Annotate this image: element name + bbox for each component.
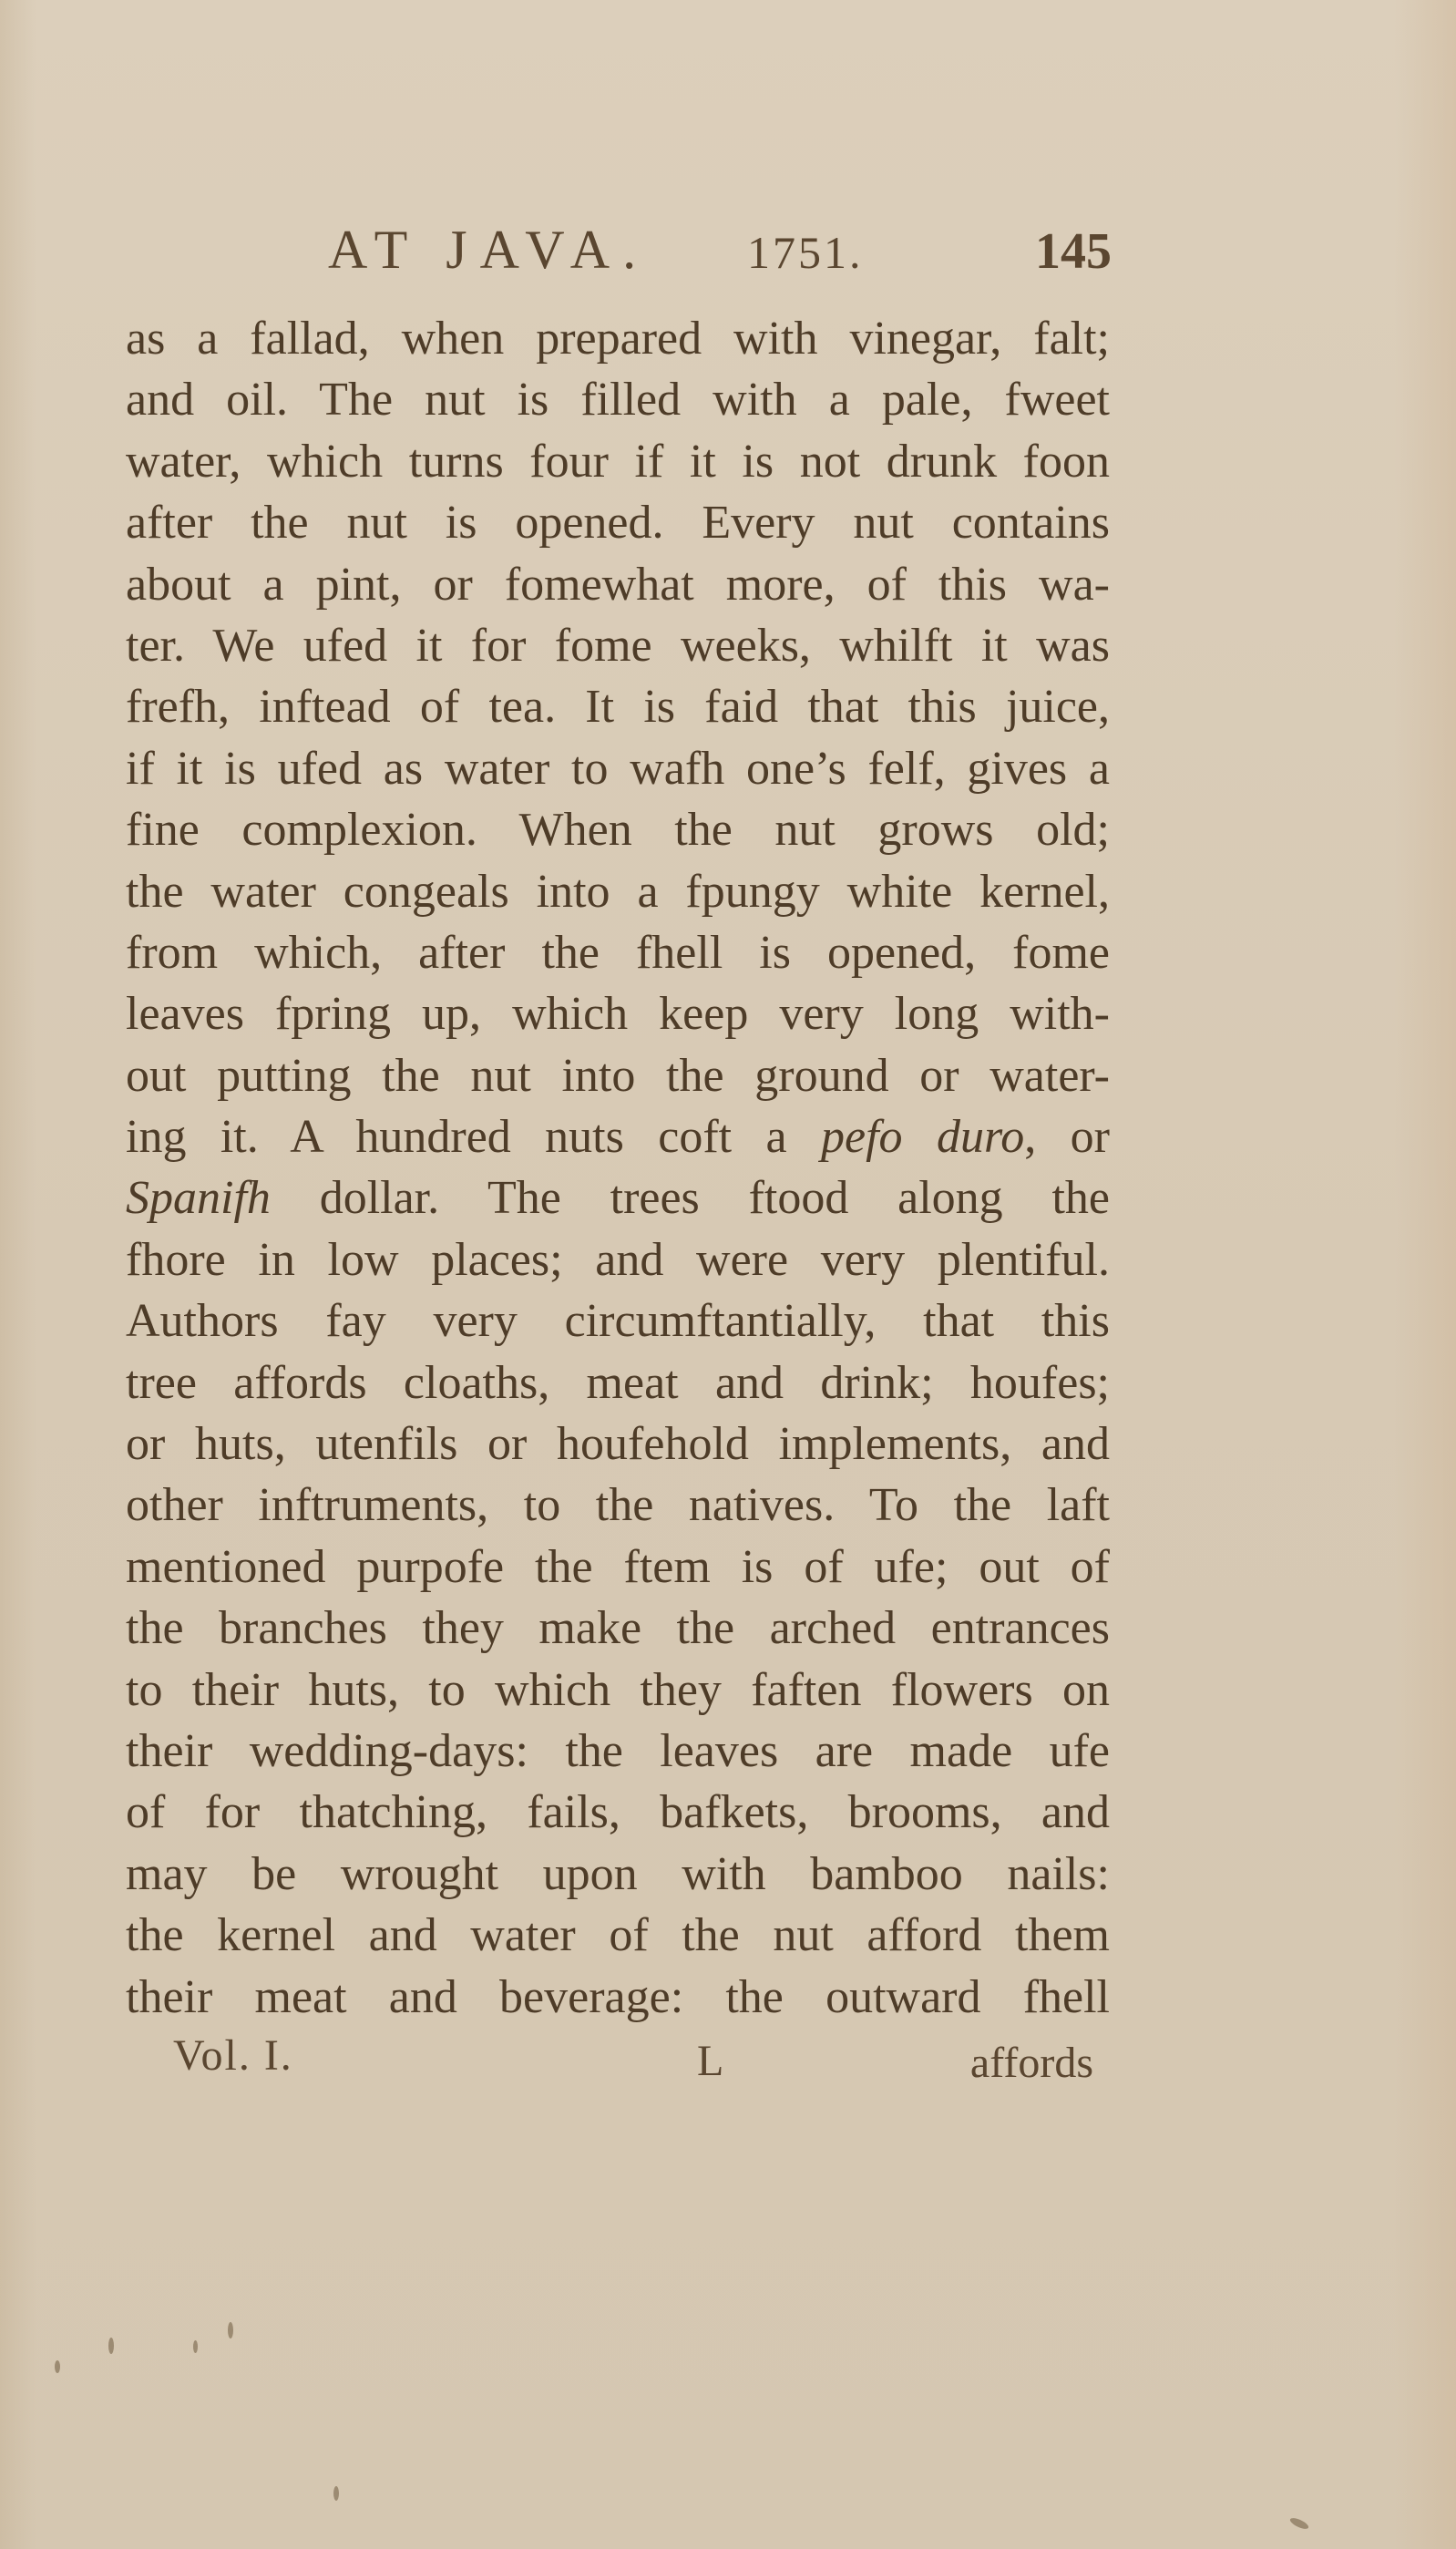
text-line: to their huts, to which they faften flow… [126,1660,1110,1721]
text-segment: Authors fay very circumftantially, that … [126,1295,1110,1347]
page-number: 145 [1035,222,1112,281]
body-text: as a fallad, when prepared with vinegar,… [126,308,1110,2028]
text-line: or huts, utenfils or houfehold implement… [126,1413,1110,1475]
text-segment: dollar. The trees ftood along the [271,1172,1110,1224]
text-line: after the nut is opened. Every nut conta… [126,492,1110,553]
text-segment: ing it. A hundred nuts coft a [126,1111,821,1163]
italic-phrase: Spanifh [126,1172,271,1224]
text-line: ter. We ufed it for fome weeks, whilft i… [126,615,1110,676]
text-segment: out putting the nut into the ground or w… [126,1050,1110,1102]
text-line: as a fallad, when prepared with vinegar,… [126,308,1110,369]
paper-speck [108,2338,114,2354]
text-segment: other inftruments, to the natives. To th… [126,1479,1110,1531]
text-line: Spanifh dollar. The trees ftood along th… [126,1167,1110,1228]
text-segment: from which, after the fhell is opened, f… [126,927,1110,979]
text-line: ing it. A hundred nuts coft a pefo duro,… [126,1106,1110,1167]
text-line: of for thatching, fails, bafkets, brooms… [126,1782,1110,1843]
text-line: frefh, inftead of tea. It is faid that t… [126,676,1110,737]
text-segment: the water congeals into a fpungy white k… [126,866,1110,918]
text-segment: if it is ufed as water to wafh one’s fel… [126,743,1110,795]
page-footer: Vol. I. L affords [128,2030,1093,2094]
text-line: and oil. The nut is filled with a pale, … [126,369,1110,430]
text-segment: as a fallad, when prepared with vinegar,… [126,313,1110,365]
text-line: Authors fay very circumftantially, that … [126,1290,1110,1352]
text-segment: tree affords cloaths, meat and drink; ho… [126,1357,1110,1409]
paper-speck [228,2322,233,2338]
text-line: the water congeals into a fpungy white k… [126,861,1110,922]
text-line: out putting the nut into the ground or w… [126,1045,1110,1106]
text-segment: frefh, inftead of tea. It is faid that t… [126,681,1110,733]
text-segment: the branches they make the arched entran… [126,1602,1110,1654]
text-line: fine complexion. When the nut grows old; [126,799,1110,860]
text-segment: ter. We ufed it for fome weeks, whilft i… [126,620,1110,672]
text-line: may be wrought upon with bamboo nails: [126,1844,1110,1905]
paper-speck [333,2486,339,2501]
text-line: the kernel and water of the nut afford t… [126,1905,1110,1966]
text-line: fhore in low places; and were very plent… [126,1229,1110,1290]
text-line: water, which turns four if it is not dru… [126,431,1110,492]
italic-phrase: pefo duro [821,1111,1024,1163]
text-line: their wedding-days: the leaves are made … [126,1721,1110,1782]
running-head-year: 1751. [747,226,864,279]
text-line: from which, after the fhell is opened, f… [126,922,1110,983]
text-line: other inftruments, to the natives. To th… [126,1475,1110,1536]
text-line: their meat and beverage: the outward fhe… [126,1967,1110,2028]
text-segment: after the nut is opened. Every nut conta… [126,497,1110,549]
text-line: mentioned purpofe the ftem is of ufe; ou… [126,1537,1110,1598]
text-segment: mentioned purpofe the ftem is of ufe; ou… [126,1541,1110,1593]
signature-mark: L [697,2036,723,2086]
running-head: AT JAVA. 1751. 145 [328,219,1112,292]
text-line: leaves fpring up, which keep very long w… [126,983,1110,1044]
text-line: the branches they make the arched entran… [126,1598,1110,1659]
text-segment: leaves fpring up, which keep very long w… [126,988,1110,1040]
paper-speck [193,2340,198,2353]
text-segment: fhore in low places; and were very plent… [126,1234,1110,1286]
book-page: AT JAVA. 1751. 145 as a fallad, when pre… [0,0,1456,2549]
text-line: about a pint, or fomewhat more, of this … [126,554,1110,615]
paper-speck [55,2360,60,2373]
text-line: if it is ufed as water to wafh one’s fel… [126,738,1110,799]
text-segment: the kernel and water of the nut afford t… [126,1909,1110,1961]
text-segment: to their huts, to which they faften flow… [126,1664,1110,1716]
text-segment: , or [1024,1111,1110,1163]
paper-speck [1288,2516,1309,2532]
running-head-title: AT JAVA. [328,219,649,282]
text-segment: fine complexion. When the nut grows old; [126,804,1110,856]
text-line: tree affords cloaths, meat and drink; ho… [126,1352,1110,1413]
catchword: affords [970,2038,1093,2088]
text-segment: their wedding-days: the leaves are made … [126,1725,1110,1777]
text-segment: of for thatching, fails, bafkets, brooms… [126,1786,1110,1838]
text-segment: about a pint, or fomewhat more, of this … [126,559,1110,611]
text-segment: or huts, utenfils or houfehold implement… [126,1418,1110,1470]
volume-label: Vol. I. [173,2030,293,2081]
text-segment: their meat and beverage: the outward fhe… [126,1971,1110,2023]
text-segment: may be wrought upon with bamboo nails: [126,1848,1110,1900]
text-segment: water, which turns four if it is not dru… [126,436,1110,488]
text-segment: and oil. The nut is filled with a pale, … [126,374,1110,426]
